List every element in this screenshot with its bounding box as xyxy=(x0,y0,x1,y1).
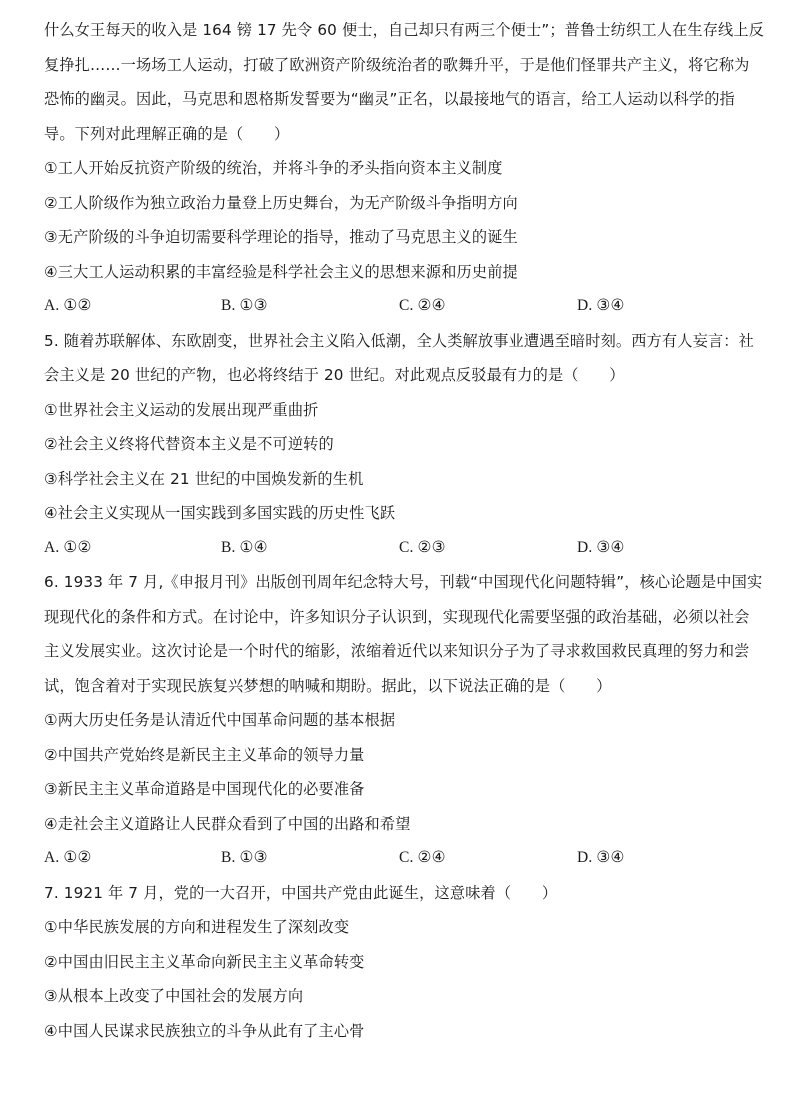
statement: ④中国人民谋求民族独立的斗争从此有了主心骨 xyxy=(44,1014,760,1049)
question-stem-line: 复挣扎……一场场工人运动，打破了欧洲资产阶级统治者的歌舞升平，于是他们怪罪共产主… xyxy=(44,48,760,83)
question-stem-line: 7. 1921 年 7 月，党的一大召开，中国共产党由此诞生，这意味着（ ） xyxy=(44,876,760,911)
option-d: D. ③④ xyxy=(577,531,625,566)
statement: ④社会主义实现从一国实践到多国实践的历史性飞跃 xyxy=(44,496,760,531)
question-6: 6. 1933 年 7 月,《申报月刊》出版创刊周年纪念特大号，刊载“中国现代化… xyxy=(44,565,760,876)
statement: ③新民主主义革命道路是中国现代化的必要准备 xyxy=(44,772,760,807)
option-a: A. ①② xyxy=(44,289,92,324)
question-stem-line: 现现代化的条件和方式。在讨论中，许多知识分子认识到，实现现代化需要坚强的政治基础… xyxy=(44,600,760,635)
option-d: D. ③④ xyxy=(577,289,625,324)
option-d: D. ③④ xyxy=(577,841,625,876)
option-a: A. ①② xyxy=(44,531,92,566)
question-stem-line: 试，饱含着对于实现民族复兴梦想的呐喊和期盼。据此，以下说法正确的是（ ） xyxy=(44,669,760,704)
statement: ③无产阶级的斗争迫切需要科学理论的指导，推动了马克思主义的诞生 xyxy=(44,220,760,255)
question-stem-line: 5. 随着苏联解体、东欧剧变，世界社会主义陷入低潮，全人类解放事业遭遇至暗时刻。… xyxy=(44,324,760,359)
statement: ①工人开始反抗资产阶级的统治，并将斗争的矛头指向资本主义制度 xyxy=(44,151,760,186)
statement: ②中国共产党始终是新民主主义革命的领导力量 xyxy=(44,738,760,773)
statement: ②社会主义终将代替资本主义是不可逆转的 xyxy=(44,427,760,462)
option-a: A. ①② xyxy=(44,841,92,876)
option-c: C. ②③ xyxy=(399,531,446,566)
question-7: 7. 1921 年 7 月，党的一大召开，中国共产党由此诞生，这意味着（ ） ①… xyxy=(44,876,760,1049)
statement: ①世界社会主义运动的发展出现严重曲折 xyxy=(44,393,760,428)
option-b: B. ①④ xyxy=(221,531,268,566)
statement: ③从根本上改变了中国社会的发展方向 xyxy=(44,979,760,1014)
statement: ④走社会主义道路让人民群众看到了中国的出路和希望 xyxy=(44,807,760,842)
question-stem-line: 恐怖的幽灵。因此，马克思和恩格斯发誓要为“幽灵”正名，以最接地气的语言，给工人运… xyxy=(44,82,760,117)
option-b: B. ①③ xyxy=(221,841,268,876)
statement: ③科学社会主义在 21 世纪的中国焕发新的生机 xyxy=(44,462,760,497)
question-stem-line: 导。下列对此理解正确的是（ ） xyxy=(44,117,760,152)
statement: ①两大历史任务是认清近代中国革命问题的基本根据 xyxy=(44,703,760,738)
question-stem-line: 6. 1933 年 7 月,《申报月刊》出版创刊周年纪念特大号，刊载“中国现代化… xyxy=(44,565,760,600)
statement: ②工人阶级作为独立政治力量登上历史舞台，为无产阶级斗争指明方向 xyxy=(44,186,760,221)
question-stem-line: 什么女王每天的收入是 164 镑 17 先令 60 便士，自己却只有两三个便士”… xyxy=(44,13,760,48)
option-b: B. ①③ xyxy=(221,289,268,324)
answer-options: A. ①② B. ①④ C. ②③ D. ③④ xyxy=(44,531,760,566)
statement: ①中华民族发展的方向和进程发生了深刻改变 xyxy=(44,910,760,945)
answer-options: A. ①② B. ①③ C. ②④ D. ③④ xyxy=(44,289,760,324)
document-page: 什么女王每天的收入是 164 镑 17 先令 60 便士，自己却只有两三个便士”… xyxy=(44,13,760,1048)
statement: ④三大工人运动积累的丰富经验是科学社会主义的思想来源和历史前提 xyxy=(44,255,760,290)
option-c: C. ②④ xyxy=(399,289,446,324)
question-stem-line: 会主义是 20 世纪的产物，也必将终结于 20 世纪。对此观点反驳最有力的是（ … xyxy=(44,358,760,393)
option-c: C. ②④ xyxy=(399,841,446,876)
statement: ②中国由旧民主主义革命向新民主主义革命转变 xyxy=(44,945,760,980)
question-stem-line: 主义发展实业。这次讨论是一个时代的缩影，浓缩着近代以来知识分子为了寻求救国救民真… xyxy=(44,634,760,669)
answer-options: A. ①② B. ①③ C. ②④ D. ③④ xyxy=(44,841,760,876)
question-4: 什么女王每天的收入是 164 镑 17 先令 60 便士，自己却只有两三个便士”… xyxy=(44,13,760,324)
question-5: 5. 随着苏联解体、东欧剧变，世界社会主义陷入低潮，全人类解放事业遭遇至暗时刻。… xyxy=(44,324,760,566)
